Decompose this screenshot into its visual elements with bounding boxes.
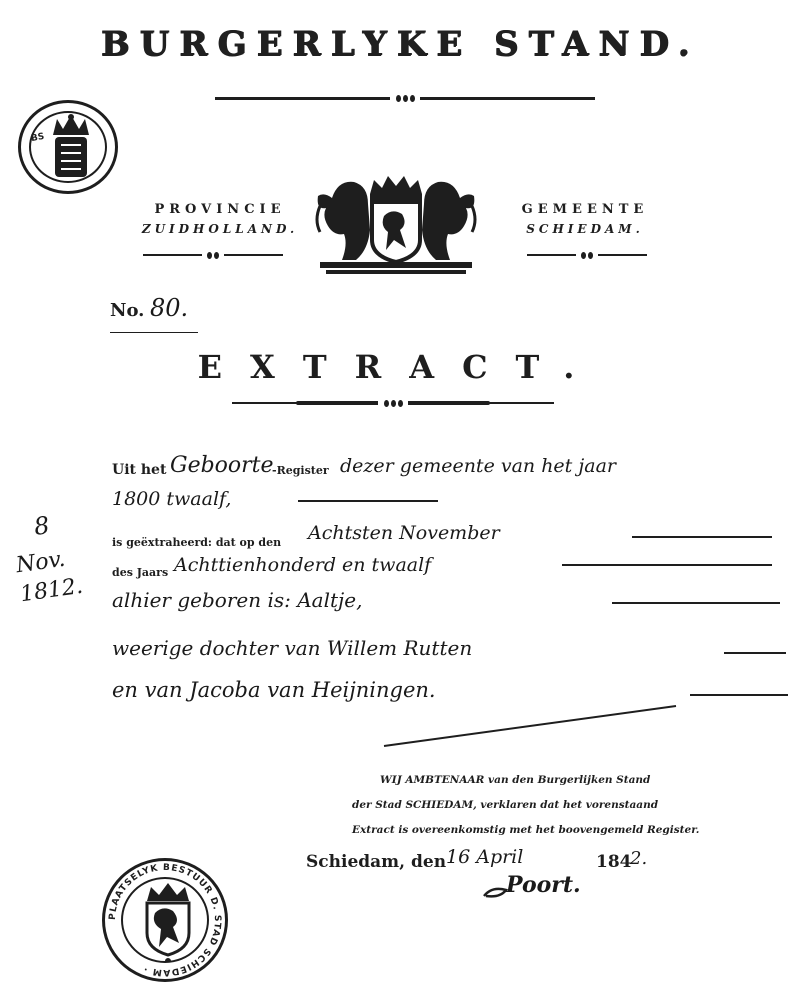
hand-date: 16 April bbox=[446, 846, 523, 868]
closing-flourish bbox=[380, 700, 680, 750]
province-name: ZUIDHOLLAND. bbox=[136, 222, 304, 236]
number-underline bbox=[110, 332, 198, 333]
crowned-shield-seal-icon bbox=[141, 881, 195, 961]
hand-dezer-gemeente: dezer gemeente van het jaar bbox=[340, 455, 616, 477]
municipality-label: GEMEENTE bbox=[510, 202, 660, 217]
hand-mother: en van Jacoba van Heijningen. bbox=[112, 678, 436, 702]
municipality-rule bbox=[527, 254, 647, 256]
rule-ornament-icon bbox=[390, 93, 420, 103]
printed-uit-het: Uit het bbox=[112, 462, 166, 478]
margin-note-year: 1812. bbox=[19, 574, 85, 608]
fill-line-2 bbox=[298, 500, 438, 502]
hand-year-full: Achttienhonderd en twaalf bbox=[174, 554, 431, 576]
top-seal: BS bbox=[18, 100, 118, 194]
cert-line-3: Extract is overeenkomstig met het booven… bbox=[352, 824, 699, 836]
signature: Poort. bbox=[506, 872, 581, 898]
cert-line-2: der Stad SCHIEDAM, verklaren dat het vor… bbox=[352, 799, 658, 811]
fill-line-4 bbox=[562, 564, 772, 566]
margin-note-day: 8 bbox=[32, 511, 51, 541]
printed-des-jaars: des Jaars bbox=[112, 566, 168, 579]
municipality-name: SCHIEDAM. bbox=[506, 222, 664, 236]
extract-rule bbox=[232, 402, 554, 404]
number-value: 80. bbox=[150, 294, 188, 322]
year-hand: 2. bbox=[630, 848, 647, 869]
fill-line-6 bbox=[724, 652, 786, 654]
place-label: Schiedam, den bbox=[306, 852, 446, 872]
fill-line-3 bbox=[632, 536, 772, 538]
hand-year-words: 1800 twaalf, bbox=[112, 488, 231, 510]
printed-geextraheerd: is geëxtraheerd: dat op den bbox=[112, 536, 281, 549]
top-ornament-rule bbox=[215, 97, 595, 100]
bottom-seal: PLAATSELYK BESTUUR D. STAD SCHIEDAM · bbox=[102, 858, 228, 982]
year-printed: 184 bbox=[596, 852, 632, 872]
fill-line-7 bbox=[690, 694, 788, 696]
fill-line-5 bbox=[612, 602, 780, 604]
province-rule bbox=[143, 254, 283, 256]
hand-register-type: Geboorte bbox=[170, 453, 274, 478]
hand-date-words: Achtsten November bbox=[308, 522, 500, 544]
crown-shield-seal-icon bbox=[41, 113, 101, 183]
lions-crown-shield-icon bbox=[312, 170, 480, 280]
extract-heading: EXTRACT. bbox=[0, 348, 800, 386]
cert-line-1: WIJ AMBTENAAR van den Burgerlijken Stand bbox=[380, 774, 650, 786]
signature-paraph-icon bbox=[482, 884, 510, 900]
hand-father: weerige dochter van Willem Rutten bbox=[112, 636, 472, 660]
document-title: BURGERLYKE STAND. bbox=[0, 24, 800, 64]
hand-born-name: alhier geboren is: Aaltje, bbox=[112, 588, 362, 612]
province-label: PROVINCIE bbox=[140, 202, 300, 217]
margin-note-month: Nov. bbox=[15, 547, 67, 579]
body-line-1: Uit het Geboorte -Register dezer gemeent… bbox=[112, 455, 800, 485]
printed-register: -Register bbox=[272, 464, 329, 477]
number-label: No. bbox=[110, 300, 144, 321]
